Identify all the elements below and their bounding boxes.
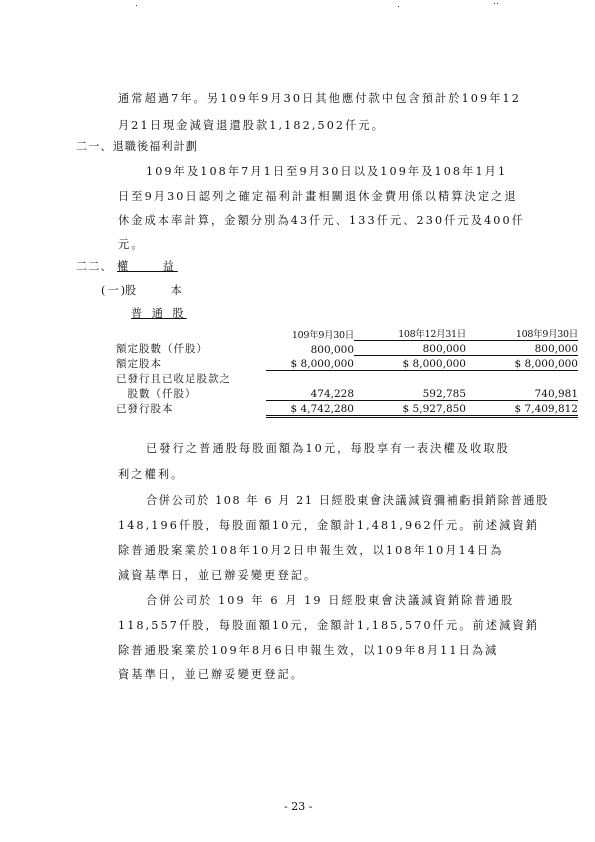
row-label: 已發行股本 (116, 401, 266, 417)
section-21-heading: 二一、退職後福利計劃 (76, 138, 198, 154)
cell-value: $ 4,742,280 (266, 401, 354, 417)
scan-speck (136, 5, 137, 6)
row-label: 已發行且已收足股款之 (116, 371, 266, 386)
cell-value: 800,000 (266, 341, 354, 356)
cell-value: $ 8,000,000 (354, 356, 466, 371)
row-label: 額定股數（仟股） (116, 341, 266, 356)
note-2-line-3: 除普通股案業於108年10月2日申報生效，以108年10月14日為 (118, 542, 504, 558)
note-3-line-4: 資基準日，並已辦妥變更登記。 (118, 666, 304, 682)
cell-value: 592,785 (354, 386, 466, 401)
cell-value: $ 8,000,000 (466, 356, 578, 371)
cell-value: 800,000 (466, 341, 578, 356)
intro-line-1: 通常超過7年。另109年9月30日其他應付款中包含預計於109年12 (118, 90, 521, 106)
column-header: 108年9月30日 (466, 326, 578, 341)
section-21-body-line-1: 109年及108年7月1日至9月30日以及109年及108年1月1 (146, 163, 507, 179)
subsection-number: (一) (101, 282, 127, 298)
note-2-line-4: 減資基準日，並已辦妥變更登記。 (118, 567, 317, 583)
intro-line-2: 月21日現金減資退還股款1,182,502仟元。 (118, 117, 385, 133)
table-row: 已發行且已收足股款之 (116, 371, 578, 386)
section-21-body-line-2: 日至9月30日認列之確定福利計畫相關退休金費用係以精算決定之退 (118, 188, 518, 204)
cell-value: 740,981 (466, 386, 578, 401)
section-21-body-line-4: 元。 (118, 236, 145, 252)
cell-value: $ 7,409,812 (466, 401, 578, 417)
cell-value: 474,228 (266, 386, 354, 401)
table-row: 已發行股本 $ 4,742,280 $ 5,927,850 $ 7,409,81… (116, 401, 578, 417)
share-capital-table: 109年9月30日 108年12月31日 108年9月30日 額定股數（仟股） … (116, 326, 578, 418)
column-header: 109年9月30日 (266, 326, 354, 341)
scan-speck (538, 366, 539, 367)
scan-speck (398, 6, 399, 7)
subsection-heading: 股 本 (125, 282, 186, 298)
cell-value: $ 8,000,000 (266, 356, 354, 371)
column-header: 108年12月31日 (354, 326, 466, 341)
note-1-line-1: 已發行之普通股每股面額為10元，每股享有一表決權及收取股 (146, 440, 510, 456)
note-2-line-2: 148,196仟股，每股面額10元，金額計1,481,962仟元。前述減資銷 (118, 517, 539, 533)
note-3-line-2: 118,557仟股，每股面額10元，金額計1,185,570仟元。前述減資銷 (118, 617, 539, 633)
common-stock-heading: 普 通 股 (131, 305, 187, 321)
note-2-line-1: 合併公司於 108 年 6 月 21 日經股東會決議減資彌補虧損銷除普通股 (146, 492, 549, 508)
row-label: 額定股本 (116, 356, 266, 371)
table-row: 額定股數（仟股） 800,000 800,000 800,000 (116, 341, 578, 356)
table-row: 股數（仟股） 474,228 592,785 740,981 (116, 386, 578, 401)
cell-value: $ 5,927,850 (354, 401, 466, 417)
table-row: 額定股本 $ 8,000,000 $ 8,000,000 $ 8,000,000 (116, 356, 578, 371)
table-header-row: 109年9月30日 108年12月31日 108年9月30日 (116, 326, 578, 341)
cell-value: 800,000 (354, 341, 466, 356)
note-1-line-2: 利之權利。 (118, 466, 184, 482)
section-22-number: 二二、 (76, 258, 113, 274)
page-number: - 23 - (284, 800, 312, 813)
section-22-heading: 權 益 (117, 258, 178, 274)
scan-speck (494, 3, 495, 4)
section-21-body-line-3: 休金成本率計算，金額分別為43仟元、133仟元、230仟元及400仟 (118, 212, 525, 228)
note-3-line-3: 除普通股案業於109年8月6日申報生效，以109年8月11日為減 (118, 642, 498, 658)
note-3-line-1: 合併公司於 109 年 6 月 19 日經股東會決議減資銷除普通股 (146, 592, 514, 608)
scan-speck (497, 3, 498, 4)
row-label: 股數（仟股） (116, 386, 266, 401)
